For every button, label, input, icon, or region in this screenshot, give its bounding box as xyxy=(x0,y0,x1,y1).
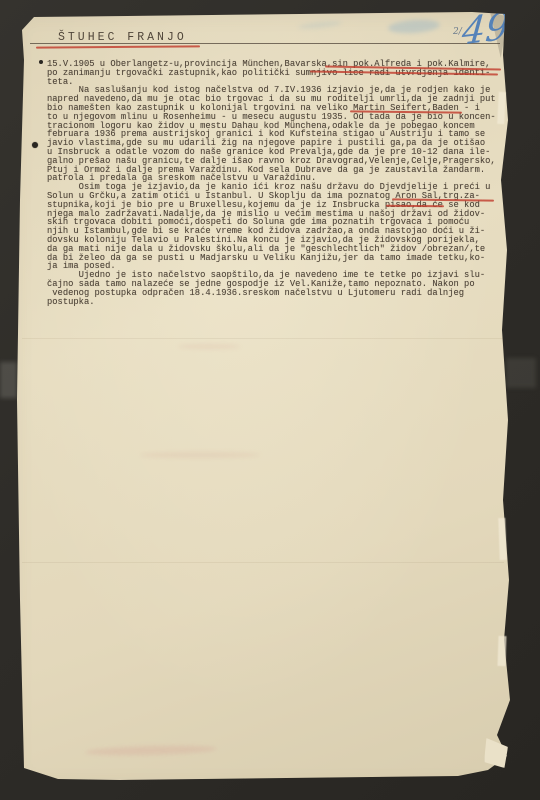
blue-ink-smudge xyxy=(388,18,441,35)
backing-streak xyxy=(0,362,17,398)
paper-crease xyxy=(22,562,504,563)
ink-dot xyxy=(32,142,38,148)
blue-ink-smudge xyxy=(298,20,342,31)
red-underline-header xyxy=(36,45,200,49)
ink-dot xyxy=(39,60,43,64)
backing-streak xyxy=(506,358,536,388)
red-pencil-smudge xyxy=(140,452,260,458)
page-number-prefix: 2/ xyxy=(453,27,462,37)
torn-edge xyxy=(498,518,506,560)
red-pencil-smudge xyxy=(85,744,217,756)
document-page: ŠTUHEC FRANJO 2/ 495 15.V.1905 u Oberlan… xyxy=(0,0,540,800)
text-line: vedenog postupka odpračen 18.4.1936.sres… xyxy=(47,289,496,298)
torn-edge xyxy=(497,636,506,666)
paper-crease xyxy=(22,338,504,339)
handwritten-page-number: 495 xyxy=(460,1,534,53)
text-line: postupka. xyxy=(47,298,496,307)
red-pencil-smudge xyxy=(178,344,240,349)
typewritten-text: 15.V.1905 u Oberlangetz-u,provincija Mün… xyxy=(47,60,496,306)
document-subject-name: ŠTUHEC FRANJO xyxy=(58,31,187,44)
scan-background: ŠTUHEC FRANJO 2/ 495 15.V.1905 u Oberlan… xyxy=(0,0,540,800)
